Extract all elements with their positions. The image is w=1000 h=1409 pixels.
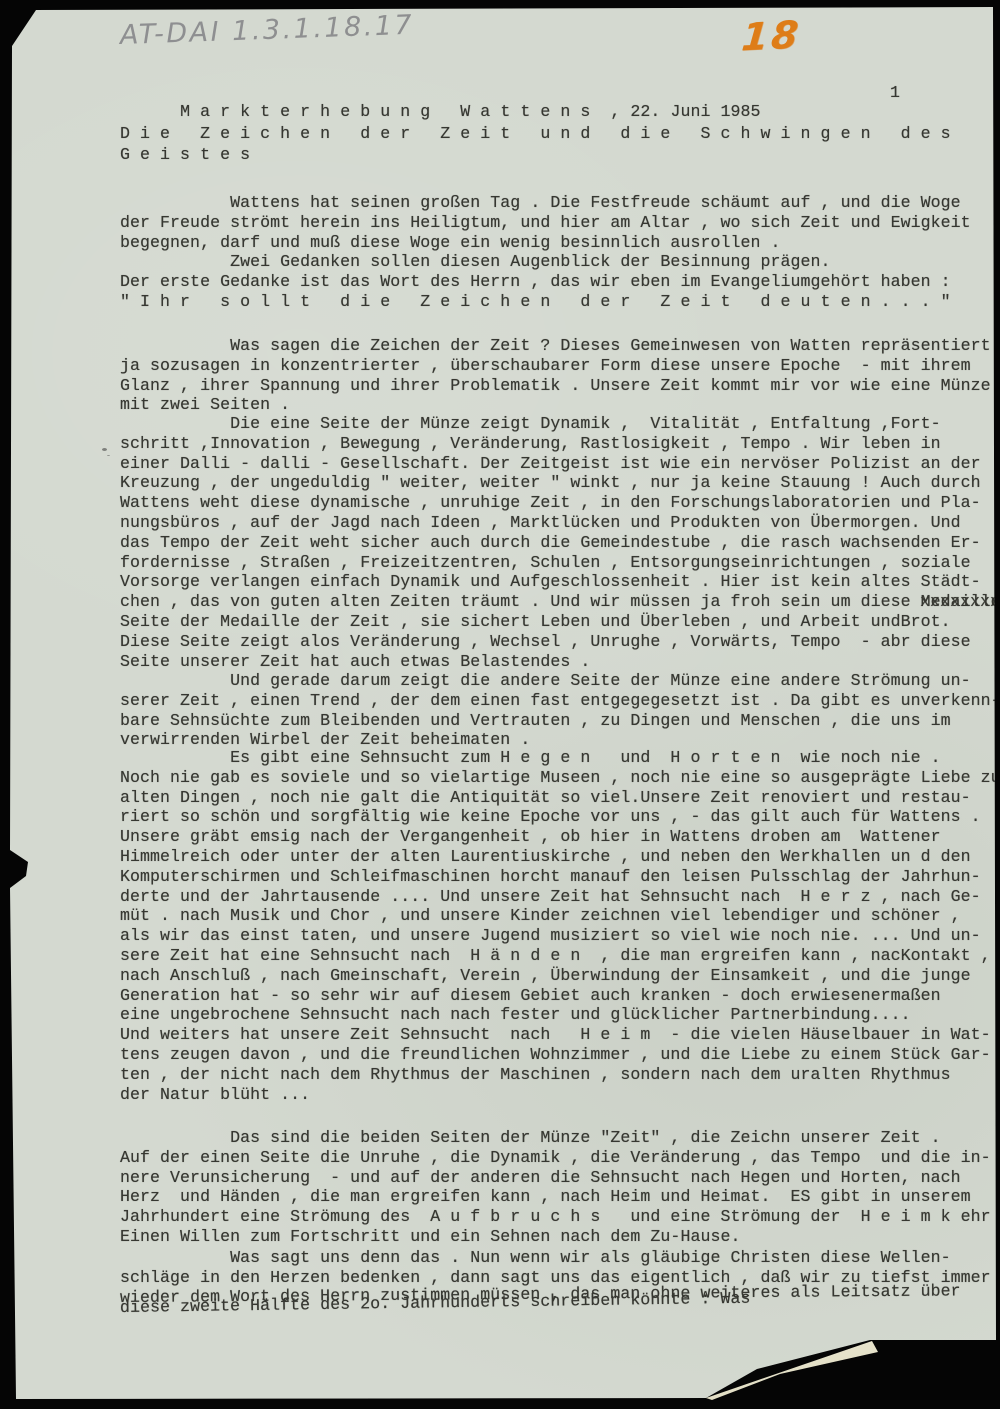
typed-text-line: " I h r s o l l t d i e Z e i c h e n d … bbox=[120, 292, 1000, 312]
typed-text-line: einer Dalli - dalli - Gesellschaft. Der … bbox=[120, 454, 1000, 474]
typed-text-line: Noch nie gab es soviele und so vielartig… bbox=[120, 768, 1000, 788]
typed-text-line: ja sozusagen in konzentrierter , übersch… bbox=[120, 356, 1000, 376]
typed-text-line: begegnen, darf und muß diese Woge ein we… bbox=[120, 233, 1000, 253]
typed-text-line: mit zwei Seiten . bbox=[120, 395, 1000, 415]
paragraph-erste-seite: Die eine Seite der Münze zeigt Dynamik ,… bbox=[120, 414, 1000, 671]
typed-text-line: Herz und Händen , die man ergreifen kann… bbox=[120, 1187, 1000, 1207]
stray-pencil-mark bbox=[102, 448, 107, 451]
handwritten-page-number-mark: 18 bbox=[740, 12, 803, 59]
typewriter-strikeout-overtype: xxxxxxxx bbox=[920, 592, 1000, 611]
paragraph-beide-seiten: Das sind die beiden Seiten der Münze "Ze… bbox=[120, 1128, 1000, 1247]
typed-text-line: Generation hat - so sehr wir auf diesem … bbox=[120, 986, 1000, 1006]
typed-text-line: das Tempo der Zeit weht sicher auch durc… bbox=[120, 533, 1000, 553]
typed-text-line: Was sagen die Zeichen der Zeit ? Dieses … bbox=[120, 336, 1000, 356]
typed-text-line: nach Anschluß , nach Gmeinschaft, Verein… bbox=[120, 966, 1000, 986]
typed-text-line: Auf der einen Seite die Unruhe , die Dyn… bbox=[120, 1148, 1000, 1168]
document-title: D i e Z e i c h e n d e r Z e i t u n d … bbox=[120, 124, 951, 166]
paragraph-zeichen-der-zeit: Was sagen die Zeichen der Zeit ? Dieses … bbox=[120, 336, 1000, 415]
typed-text-line: alten Dingen , noch nie galt die Antiqui… bbox=[120, 788, 1000, 808]
typed-text-line: Jahrhundert eine Strömung des A u f b r … bbox=[120, 1207, 1000, 1227]
paragraph-sehnsucht: Es gibt eine Sehnsucht zum H e g e n und… bbox=[120, 748, 1000, 1104]
typed-text-line: Zwei Gedanken sollen diesen Augenblick d… bbox=[120, 252, 1000, 272]
archival-signature-annotation: AT-DAI 1.3.1.18.17 bbox=[119, 10, 414, 51]
typed-text-line: der Natur blüht ... bbox=[120, 1085, 1000, 1105]
typed-text-line: nere Verunsicherung - und auf der andere… bbox=[120, 1168, 1000, 1188]
typed-text-line: Und gerade darum zeigt die andere Seite … bbox=[120, 671, 1000, 691]
paragraph-schluss: Was sagt uns denn das . Nun wenn wir als… bbox=[120, 1248, 1000, 1318]
paper-sheet: AT-DAI 1.3.1.18.17 18 M a r k t e r h e … bbox=[0, 0, 1000, 1409]
typed-text-line: ten , der nicht nach dem Rhythmus der Ma… bbox=[120, 1065, 1000, 1085]
title-line-2: G e i s t e s bbox=[120, 145, 951, 166]
typed-text-line: Das sind die beiden Seiten der Münze "Ze… bbox=[120, 1128, 1000, 1148]
typed-text-line: sere Zeit hat eine Sehnsucht nach H ä n … bbox=[120, 946, 1000, 966]
typed-text-line: Seite der Medaille der Zeit , sie sicher… bbox=[120, 612, 1000, 632]
typed-text-line: Seite unserer Zeit hat auch etwas Belast… bbox=[120, 652, 1000, 672]
typed-text-line: Glanz , ihrer Spannung und ihrer Problem… bbox=[120, 376, 1000, 396]
typed-text-line: Was sagt uns denn das . Nun wenn wir als… bbox=[120, 1248, 1000, 1268]
typed-text-line: Wattens weht diese dynamische , unruhige… bbox=[120, 493, 1000, 513]
typed-text-line: Es gibt eine Sehnsucht zum H e g e n und… bbox=[120, 748, 1000, 768]
typed-text-line: serer Zeit , einen Trend , der dem einen… bbox=[120, 691, 1000, 711]
scan-background: { "colors":{ "paper":"#d4d9d0", "ink":"#… bbox=[0, 0, 1000, 1409]
typed-text-line: chen , das von guten alten Zeiten träumt… bbox=[120, 592, 1000, 612]
title-line-1: D i e Z e i c h e n d e r Z e i t u n d … bbox=[120, 124, 951, 145]
typed-text-line: Und weiters hat unsere Zeit Sehnsucht na… bbox=[120, 1025, 1000, 1045]
typed-text-line: schritt ,Innovation , Bewegung , Verände… bbox=[120, 434, 1000, 454]
typed-text-line: Wattens hat seinen großen Tag . Die Fest… bbox=[120, 193, 1000, 213]
typed-text-line: nungsbüros , auf der Jagd nach Ideen , M… bbox=[120, 513, 1000, 533]
typed-text-line: Komputerschirmen und Schleifmaschinen ho… bbox=[120, 867, 1000, 887]
typed-text-line: Kreuzung , der ungeduldig " weiter, weit… bbox=[120, 473, 1000, 493]
document-header: M a r k t e r h e b u n g W a t t e n s … bbox=[120, 83, 996, 105]
typed-text-line: bare Sehnsüchte zum Bleibenden und Vertr… bbox=[120, 711, 1000, 731]
typed-text-line: müt . nach Musik und Chor , und unsere K… bbox=[120, 906, 1000, 926]
typed-text-line: Einen Willen zum Fortschritt und ein Seh… bbox=[120, 1227, 1000, 1247]
typed-text-line: derte und der Jahrtausende .... Und unse… bbox=[120, 887, 1000, 907]
scanned-page: AT-DAI 1.3.1.18.17 18 M a r k t e r h e … bbox=[0, 0, 1000, 1409]
typed-text-line: Die eine Seite der Münze zeigt Dynamik ,… bbox=[120, 414, 1000, 434]
typed-text-line: eine ungebrochene Sehnsucht nach nach fe… bbox=[120, 1005, 1000, 1025]
typed-text-line: tens zeugen davon , und die freundlichen… bbox=[120, 1045, 1000, 1065]
typed-text-line: Unsere gräbt emsig nach der Vergangenhei… bbox=[120, 827, 1000, 847]
typed-text-line: fordernisse , Straßen , Freizeitzentren,… bbox=[120, 553, 1000, 573]
paragraph-opening: Wattens hat seinen großen Tag . Die Fest… bbox=[120, 193, 1000, 312]
header-title: M a r k t e r h e b u n g W a t t e n s … bbox=[180, 102, 760, 121]
typed-text-line: Der erste Gedanke ist das Wort des Herrn… bbox=[120, 272, 1000, 292]
typed-text-line: der Freude strömt herein ins Heiligtum, … bbox=[120, 213, 1000, 233]
paragraph-andere-seite: Und gerade darum zeigt die andere Seite … bbox=[120, 671, 1000, 750]
typed-text-line: als wir das einst taten, und unsere Juge… bbox=[120, 926, 1000, 946]
typed-text-line: Vorsorge verlangen einfach Dynamik und A… bbox=[120, 572, 1000, 592]
typed-text-line: riert so schön und sorgfältig wie keine … bbox=[120, 807, 1000, 827]
typed-page-number: 1 bbox=[890, 83, 900, 102]
typed-text-line: Diese Seite zeigt alos Veränderung , Wec… bbox=[120, 632, 1000, 652]
typed-text-line: Himmelreich oder unter der alten Laurent… bbox=[120, 847, 1000, 867]
